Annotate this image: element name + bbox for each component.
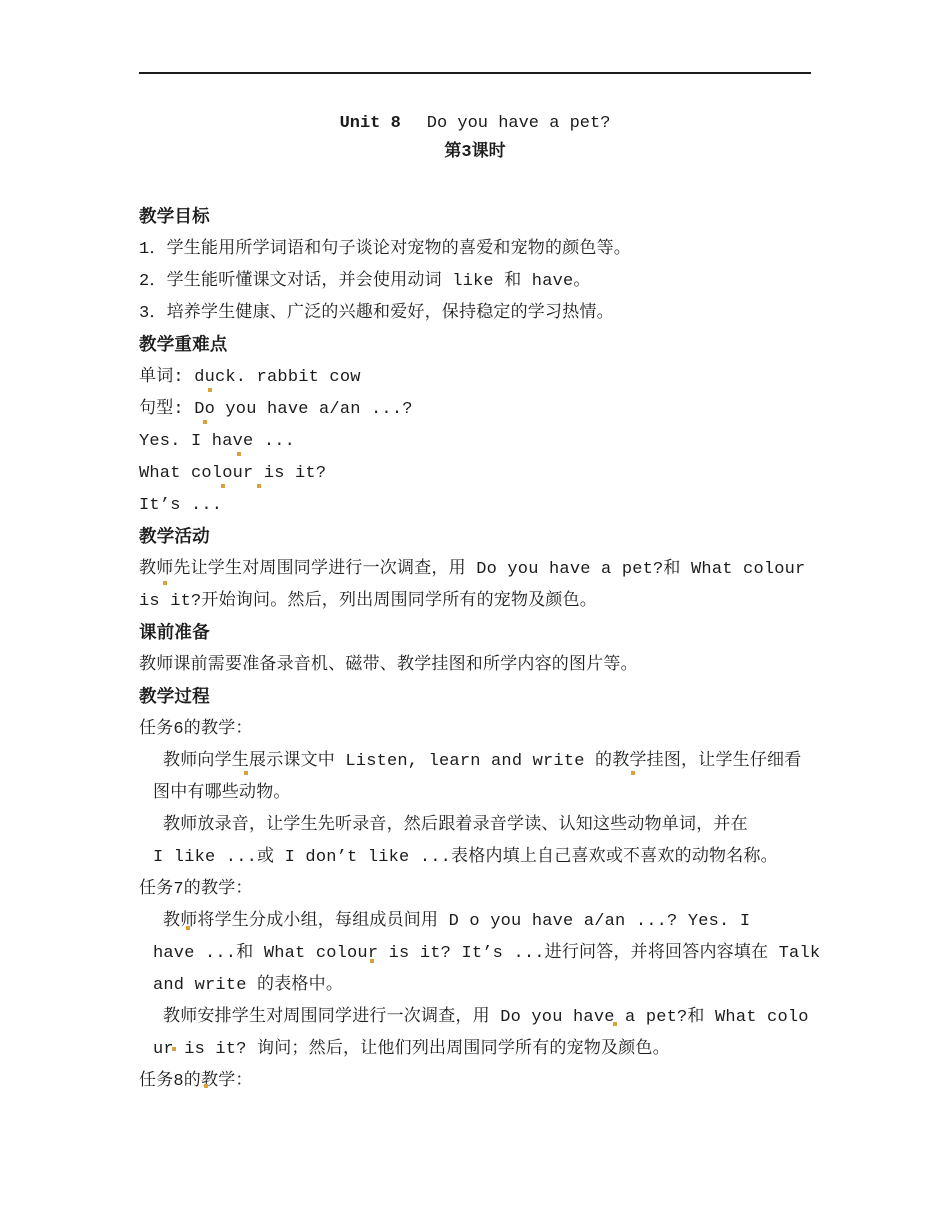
document-page: Unit 8Do you have a pet? 第3课时 教学目标1．学生能用… bbox=[0, 0, 950, 1230]
line-body: Yes. I have ... bbox=[139, 426, 819, 458]
unit-label: Unit 8 bbox=[340, 114, 401, 133]
proof-mark-dot bbox=[613, 1022, 617, 1026]
line-body: 任务6的教学： bbox=[139, 714, 819, 746]
line-hang: ur is it? 询问；然后，让他们列出周围同学所有的宠物及颜色。 bbox=[139, 1034, 819, 1066]
proof-mark-dot bbox=[631, 771, 635, 775]
page-subtitle: 第3课时 bbox=[139, 140, 811, 166]
line-body: 句型: Do you have a/an ...? bbox=[139, 394, 819, 426]
proof-mark-dot bbox=[172, 1047, 176, 1051]
line-body: It’s ... bbox=[139, 490, 819, 522]
line-heading: 教学目标 bbox=[139, 202, 819, 234]
proof-mark-dot bbox=[257, 484, 261, 488]
unit-question: Do you have a pet? bbox=[427, 114, 611, 133]
proof-mark-dot bbox=[203, 420, 207, 424]
proof-mark-dot bbox=[244, 771, 248, 775]
document-body: 教学目标1．学生能用所学词语和句子谈论对宠物的喜爱和宠物的颜色等。2．学生能听懂… bbox=[139, 202, 819, 1098]
line-body: 教师先让学生对周围同学进行一次调查，用 Do you have a pet?和 … bbox=[139, 554, 819, 586]
proof-mark-dot bbox=[208, 388, 212, 392]
proof-mark-dot bbox=[163, 581, 167, 585]
line-body: 2．学生能听懂课文对话，并会使用动词 like 和 have。 bbox=[139, 266, 819, 298]
line-body: 任务8的教学： bbox=[139, 1066, 819, 1098]
line-indent: 教师向学生展示课文中 Listen, learn and write 的教学挂图… bbox=[139, 746, 819, 778]
proof-mark-dot bbox=[221, 484, 225, 488]
line-body: 单词: duck. rabbit cow bbox=[139, 362, 819, 394]
line-body: What colour is it? bbox=[139, 458, 819, 490]
line-heading: 教学活动 bbox=[139, 522, 819, 554]
header-rule bbox=[139, 72, 811, 74]
line-indent: 教师将学生分成小组，每组成员间用 D o you have a/an ...? … bbox=[139, 906, 819, 938]
line-heading: 课前准备 bbox=[139, 618, 819, 650]
line-body: 教师课前需要准备录音机、磁带、教学挂图和所学内容的图片等。 bbox=[139, 650, 819, 682]
proof-mark-dot bbox=[237, 452, 241, 456]
line-body: 任务7的教学： bbox=[139, 874, 819, 906]
line-body: 1．学生能用所学词语和句子谈论对宠物的喜爱和宠物的颜色等。 bbox=[139, 234, 819, 266]
line-heading: 教学重难点 bbox=[139, 330, 819, 362]
line-hang: have ...和 What colour is it? It’s ...进行问… bbox=[139, 938, 819, 970]
line-hang: I like ...或 I don’t like ...表格内填上自己喜欢或不喜… bbox=[139, 842, 819, 874]
line-indent: 教师安排学生对周围同学进行一次调查，用 Do you have a pet?和 … bbox=[139, 1002, 819, 1034]
line-heading: 教学过程 bbox=[139, 682, 819, 714]
line-body: 3．培养学生健康、广泛的兴趣和爱好，保持稳定的学习热情。 bbox=[139, 298, 819, 330]
line-body: is it?开始询问。然后，列出周围同学所有的宠物及颜色。 bbox=[139, 586, 819, 618]
line-hang: and write 的表格中。 bbox=[139, 970, 819, 1002]
proof-mark-dot bbox=[370, 959, 374, 963]
line-indent: 教师放录音，让学生先听录音，然后跟着录音学读、认知这些动物单词，并在 bbox=[139, 810, 819, 842]
page-title: Unit 8Do you have a pet? bbox=[139, 111, 811, 137]
line-hang: 图中有哪些动物。 bbox=[139, 778, 819, 810]
proof-mark-dot bbox=[204, 1084, 208, 1088]
proof-mark-dot bbox=[186, 926, 190, 930]
